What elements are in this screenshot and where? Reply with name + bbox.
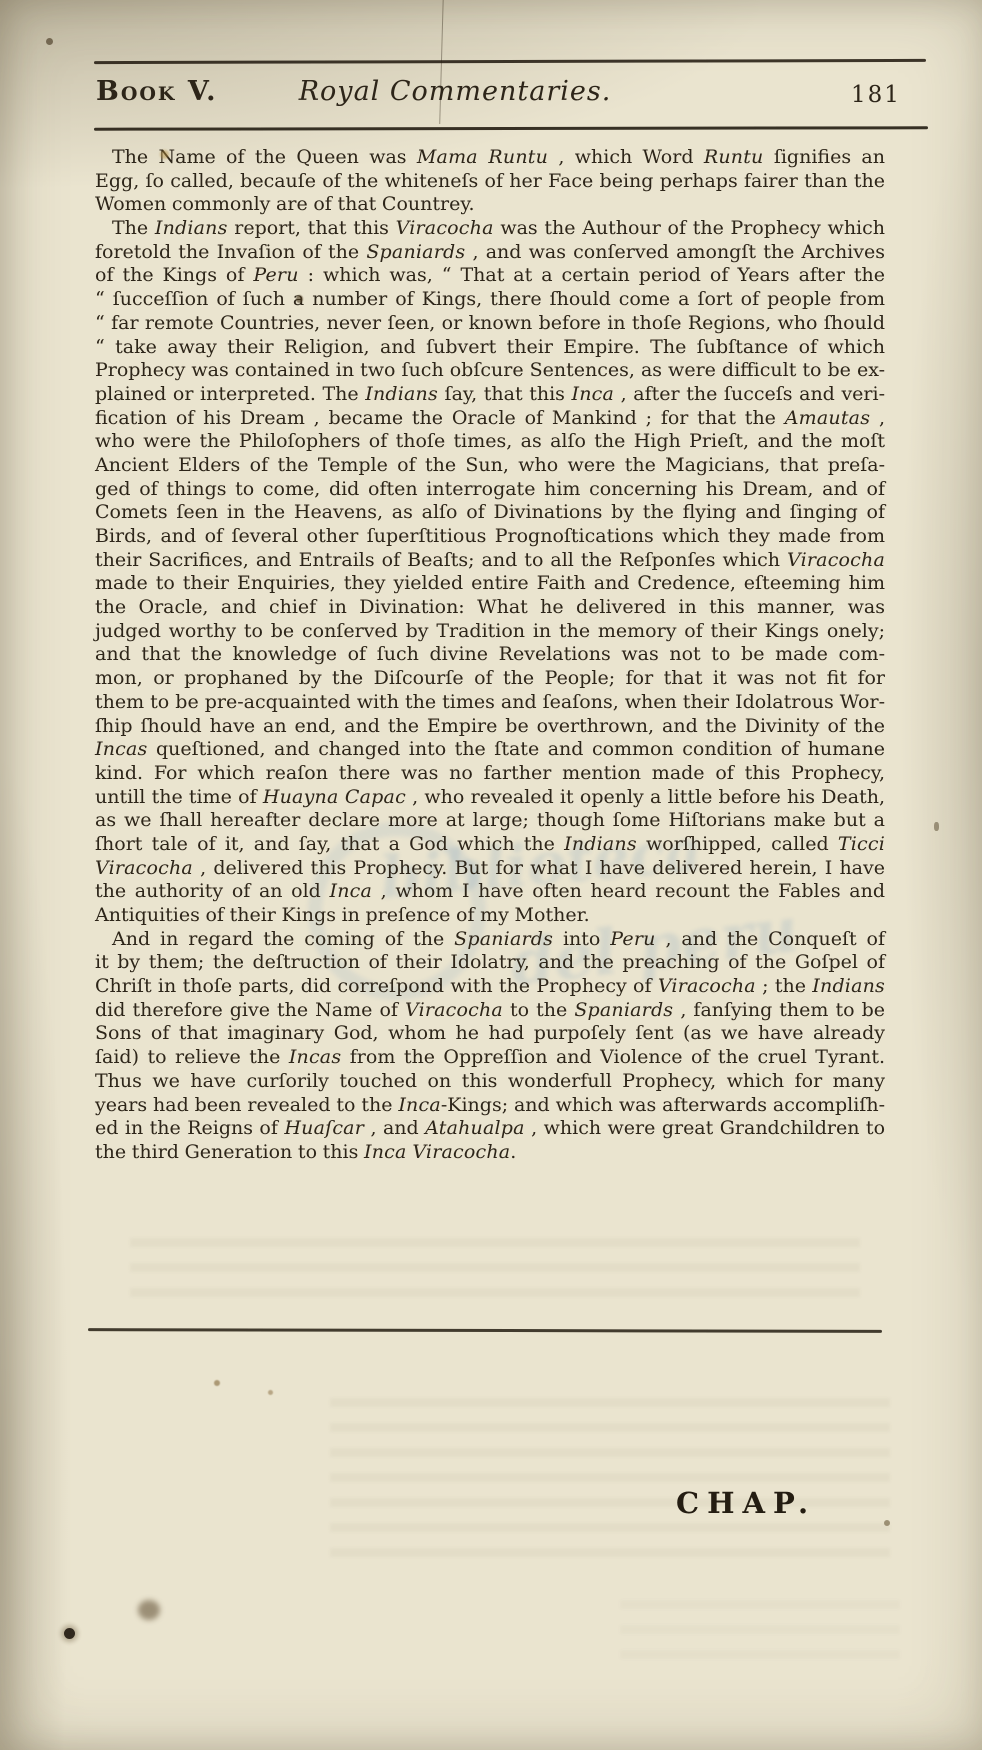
- text-line: plained or interpreted. The Indians ſay,…: [95, 383, 885, 407]
- ink-spot: [884, 1520, 890, 1526]
- foxing-spot: [214, 1380, 220, 1386]
- text-line: Egg, ſo called, becauſe of the whiteneſs…: [95, 170, 885, 194]
- text-line: ſaid) to relieve the Incas from the Oppr…: [95, 1046, 885, 1070]
- text-line: fication of his Dream , became the Oracl…: [95, 407, 885, 431]
- text-line: of the Kings of Peru : which was, “ That…: [95, 264, 885, 288]
- verso-showthrough: [330, 1398, 890, 1568]
- text-line: Comets ſeen in the Heavens, as alſo of D…: [95, 501, 885, 525]
- text-line: years had been revealed to the Inca-King…: [95, 1094, 885, 1118]
- text-line: Ancient Elders of the Temple of the Sun,…: [95, 454, 885, 478]
- text-line: foretold the Invaſion of the Spaniards ,…: [95, 241, 885, 265]
- text-line: “ take away their Religion, and ſubvert …: [95, 336, 885, 360]
- text-line: Antiquities of their Kings in preſence o…: [95, 904, 885, 928]
- text-line: kind. For which reaſon there was no fart…: [95, 762, 885, 786]
- text-line: Thus we have curſorily touched on this w…: [95, 1070, 885, 1094]
- text-line: did therefore give the Name of Viracocha…: [95, 999, 885, 1023]
- running-title: Royal Commentaries.: [299, 76, 612, 107]
- text-line: Birds, and of ſeveral other ſuperſtitiou…: [95, 525, 885, 549]
- text-line: Prophecy was contained in two ſuch obſcu…: [95, 359, 885, 383]
- text-line: judged worthy to be conſerved by Traditi…: [95, 620, 885, 644]
- text-line: ſhort tale of it, and ſay, that a God wh…: [95, 833, 885, 857]
- verso-showthrough: [130, 1238, 860, 1310]
- ink-spot: [46, 38, 53, 45]
- header-bottom-rule: [94, 126, 928, 130]
- ink-spot: [64, 1628, 75, 1639]
- text-line: The Indians report, that this Viracocha …: [95, 217, 885, 241]
- text-line: mon, or prophaned by the Diſcourſe of th…: [95, 667, 885, 691]
- text-line: Women commonly are of that Countrey.: [95, 193, 885, 217]
- text-line: made to their Enquiries, they yielded en…: [95, 572, 885, 596]
- header-top-rule: [94, 59, 926, 64]
- verso-showthrough: [620, 1600, 900, 1660]
- text-line: Chriſt in thoſe parts, did correſpond wi…: [95, 975, 885, 999]
- text-line: “ ſucceſſion of ſuch a number of Kings, …: [95, 288, 885, 312]
- ink-spot: [934, 822, 939, 831]
- book-number-label: Book V.: [96, 76, 217, 107]
- catchword: CHAP.: [676, 1486, 816, 1520]
- foxing-spot: [268, 1390, 273, 1395]
- text-line: The Name of the Queen was Mama Runtu , w…: [95, 146, 885, 170]
- text-line: the Oracle, and chief in Divination: Wha…: [95, 596, 885, 620]
- text-block: The Name of the Queen was Mama Runtu , w…: [95, 146, 885, 1165]
- book-page-scan: Book V. Royal Commentaries. 181 bibliote…: [0, 0, 982, 1750]
- ink-smudge: [138, 1600, 160, 1620]
- text-line: And in regard the coming of the Spaniard…: [95, 928, 885, 952]
- text-line: the authority of an old Inca , whom I ha…: [95, 880, 885, 904]
- text-line: as we ſhall hereafter declare more at la…: [95, 809, 885, 833]
- text-line: untill the time of Huayna Capac , who re…: [95, 786, 885, 810]
- section-end-rule: [88, 1328, 882, 1333]
- page-number: 181: [851, 82, 901, 108]
- text-line: their Sacrifices, and Entrails of Beaſts…: [95, 549, 885, 573]
- text-line: ged of things to come, did often interro…: [95, 478, 885, 502]
- text-line: “ far remote Countries, never ſeen, or k…: [95, 312, 885, 336]
- text-line: Sons of that imaginary God, whom he had …: [95, 1022, 885, 1046]
- text-line: the third Generation to this Inca Viraco…: [95, 1141, 885, 1165]
- text-line: ſhip ſhould have an end, and the Empire …: [95, 715, 885, 739]
- text-line: ed in the Reigns of Huaſcar , and Atahua…: [95, 1117, 885, 1141]
- text-line: who were the Philoſophers of thoſe times…: [95, 430, 885, 454]
- text-line: Viracocha , delivered this Prophecy. But…: [95, 857, 885, 881]
- text-line: Incas queſtioned, and changed into the ſ…: [95, 738, 885, 762]
- text-line: and that the knowledge of ſuch divine Re…: [95, 643, 885, 667]
- text-line: it by them; the deſtruction of their Ido…: [95, 951, 885, 975]
- text-line: them to be pre-acquainted with the times…: [95, 691, 885, 715]
